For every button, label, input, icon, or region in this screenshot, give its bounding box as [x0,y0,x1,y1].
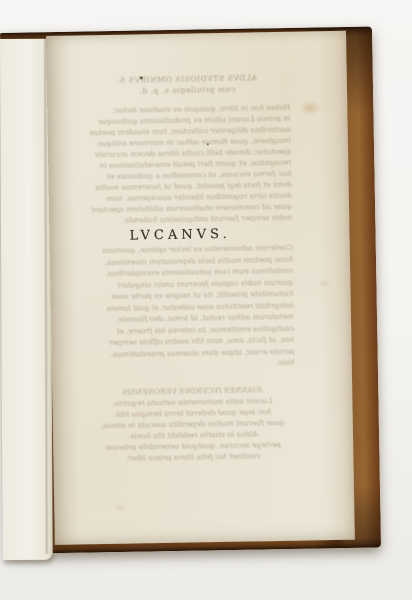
foxing-spot [207,143,209,145]
foxing-spot [318,279,330,288]
title-page: ALDVS STVDIOSIS OMNIBVS S.cum priuilegio… [46,31,355,545]
bleedthrough-verse-block: IOANNES IVCVNDVS VERONENSISLucani uatis … [89,384,296,465]
foxing-spot [112,503,126,512]
bleedthrough-heading: ALDVS STVDIOSIS OMNIBVS S.cum priuilegio… [84,72,290,98]
bleedthrough-lower-paragraph: Caeterum admonendus es lector optime, qu… [87,242,295,372]
book-photograph: ALDVS STVDIOSIS OMNIBVS S.cum priuilegio… [0,0,412,600]
book-title-text: LVCANVS. [129,227,230,244]
foxing-spot [299,100,321,115]
bleedthrough-upper-paragraph: Habes hoc in libro, quisquis es studiose… [84,102,292,227]
foxing-spot [140,76,143,79]
